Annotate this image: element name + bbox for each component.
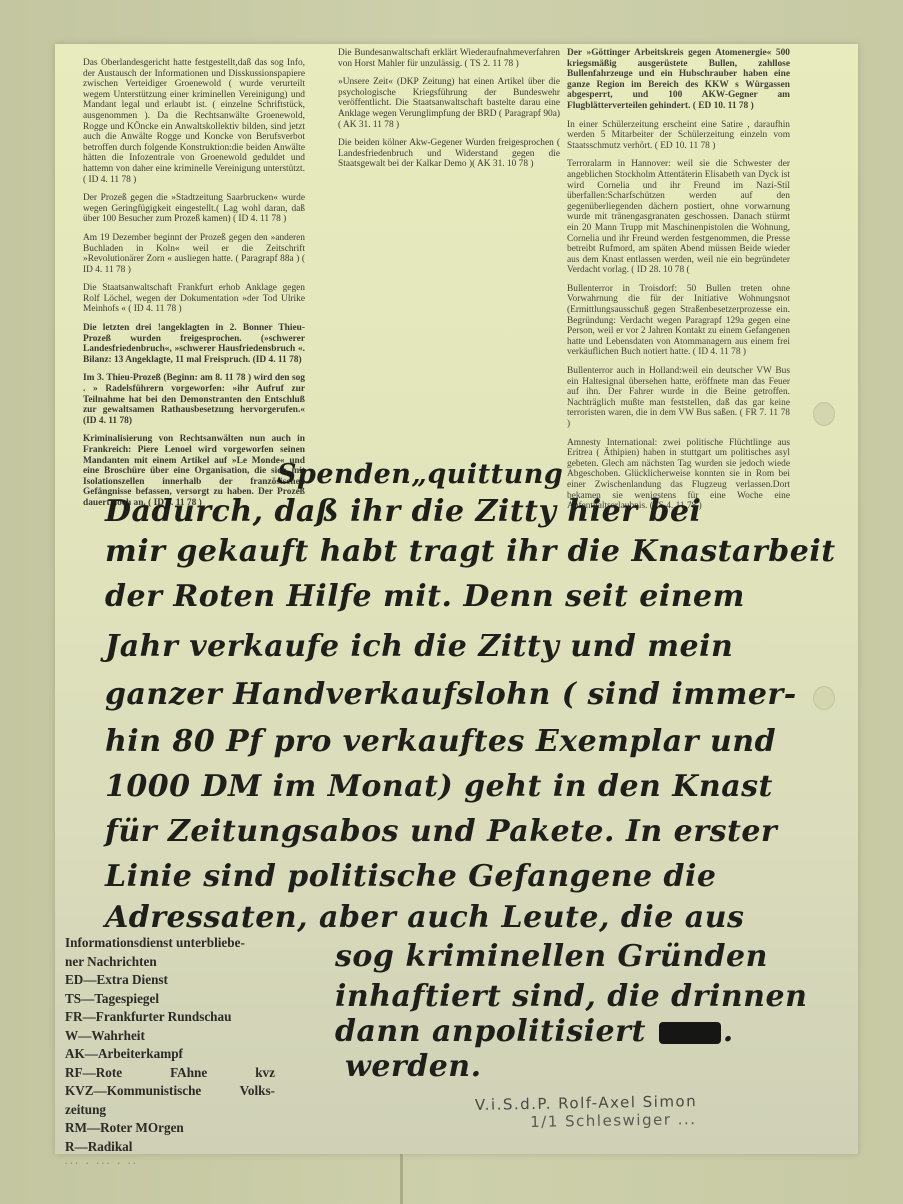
news-item: Die Staatsanwaltschaft Frankfurt erhob A… bbox=[83, 283, 305, 315]
document-sheet: Das Oberlandesgericht hatte festgestellt… bbox=[55, 44, 858, 1154]
legend-item: AK—Arbeiterkampf bbox=[65, 1045, 275, 1064]
legend-item: TS—Tagespiegel bbox=[65, 990, 275, 1009]
legend-item: RF—Rote FAhne kvz bbox=[65, 1064, 275, 1083]
handwritten-line: inhaftiert sind, die drinnen bbox=[335, 979, 807, 1014]
legend-title-cont: ner Nachrichten bbox=[65, 953, 275, 972]
news-item-bold: Die letzten drei !angeklagten in 2. Bonn… bbox=[83, 323, 305, 365]
handwritten-line: Linie sind politische Gefangene die bbox=[105, 859, 717, 894]
news-item: Am 19 Dezember beginnt der Prozeß gegen … bbox=[83, 233, 305, 275]
legend-item-cont: zeitung bbox=[65, 1101, 275, 1120]
handwritten-line: 1000 DM im Monat) geht in den Knast bbox=[105, 769, 773, 804]
news-column-2: Die Bundesanwaltschaft erklärt Wiederauf… bbox=[338, 48, 560, 178]
news-item: »Unsere Zeit« (DKP Zeitung) hat einen Ar… bbox=[338, 77, 560, 130]
handwritten-line: für Zeitungsabos und Pakete. In erster bbox=[105, 814, 777, 849]
news-item: In einer Schülerzeitung erscheint eine S… bbox=[567, 120, 790, 152]
handwritten-line: Jahr verkaufe ich die Zitty und mein bbox=[105, 629, 733, 664]
legend-item: W—Wahrheit bbox=[65, 1027, 275, 1046]
handwritten-text: dann anpolitisiert bbox=[335, 1014, 646, 1049]
legend-title: Informationsdienst unterbliebe- bbox=[65, 934, 275, 953]
handwritten-line: ganzer Handverkaufslohn ( sind immer- bbox=[105, 677, 797, 712]
handwritten-signature: V.i.S.d.P. Rolf-Axel Simon 1/1 Schleswig… bbox=[475, 1092, 698, 1132]
handwritten-line: sog kriminellen Gründen bbox=[335, 939, 768, 974]
handwritten-line: Adressaten, aber auch Leute, die aus bbox=[105, 900, 744, 935]
legend-item: RM—Roter MOrgen bbox=[65, 1119, 275, 1138]
punch-hole-icon bbox=[813, 686, 835, 710]
news-item: Das Oberlandesgericht hatte festgestellt… bbox=[83, 58, 305, 185]
news-item-bold: Im 3. Thieu-Prozeß (Beginn: am 8. 11 78 … bbox=[83, 373, 305, 426]
news-item-bold: Der »Göttinger Arbeitskreis gegen Atomen… bbox=[567, 48, 790, 112]
abbreviation-legend: Informationsdienst unterbliebe- ner Nach… bbox=[65, 934, 275, 1166]
news-column-3: Der »Göttinger Arbeitskreis gegen Atomen… bbox=[567, 48, 790, 520]
handwritten-title: Spenden„quittung bbox=[277, 459, 563, 490]
handwritten-line: hin 80 Pf pro verkauftes Exemplar und bbox=[105, 724, 776, 759]
news-item: Bullenterror auch in Holland:weil ein de… bbox=[567, 366, 790, 430]
legend-item: KVZ—Kommunistische Volks- bbox=[65, 1082, 275, 1101]
redaction-mark bbox=[659, 1022, 721, 1044]
paper-fold-line bbox=[400, 1150, 403, 1204]
news-column-1: Das Oberlandesgericht hatte festgestellt… bbox=[83, 58, 305, 517]
legend-item: R—Radikal bbox=[65, 1138, 275, 1157]
handwritten-line: mir gekauft habt tragt ihr die Knastarbe… bbox=[105, 534, 836, 569]
punch-hole-icon bbox=[813, 402, 835, 426]
handwritten-line-redacted: dann anpolitisiert . bbox=[335, 1014, 734, 1049]
handwritten-line: der Roten Hilfe mit. Denn seit einem bbox=[105, 579, 745, 614]
news-item: Bullenterror in Troisdorf: 50 Bullen tre… bbox=[567, 284, 790, 358]
handwritten-line: werden. bbox=[345, 1049, 482, 1084]
legend-cutoff-text: ... . ... . .. bbox=[65, 1156, 275, 1166]
legend-item: FR—Frankfurter Rundschau bbox=[65, 1008, 275, 1027]
legend-item: ED—Extra Dienst bbox=[65, 971, 275, 990]
news-item: Die beiden kölner Akw-Gegener Wurden fre… bbox=[338, 138, 560, 170]
news-item: Terroralarm in Hannover: weil sie die Sc… bbox=[567, 159, 790, 276]
news-item: Der Prozeß gegen die »Stadtzeitung Saarb… bbox=[83, 193, 305, 225]
news-item: Die Bundesanwaltschaft erklärt Wiederauf… bbox=[338, 48, 560, 69]
handwritten-line: Dadurch, daß ihr die Zitty hier bei bbox=[105, 494, 701, 529]
